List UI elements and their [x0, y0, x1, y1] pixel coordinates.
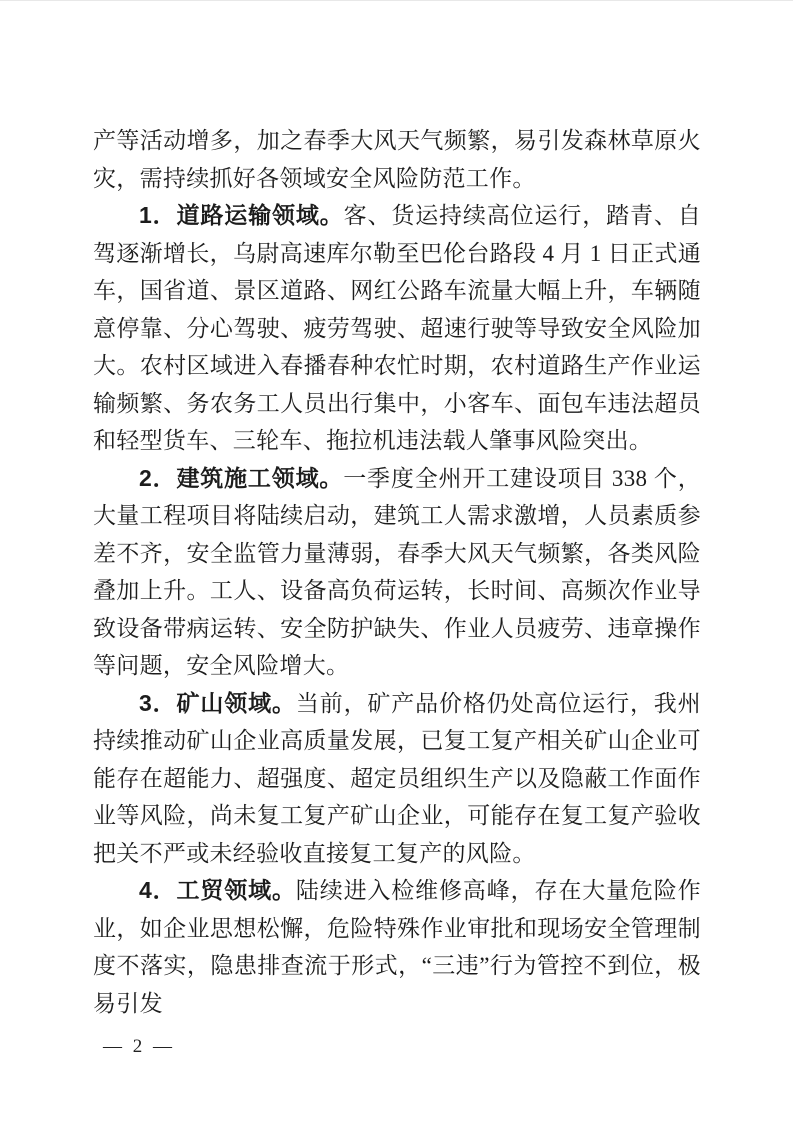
section-heading-road-transport: 1．道路运输领域。 — [139, 202, 344, 228]
paragraph-industry-trade: 4．工贸领域。陆续进入检维修高峰，存在大量危险作业，如企业思想松懈，危险特殊作业… — [93, 872, 701, 1022]
page-number: — 2 — — [103, 1036, 175, 1058]
section-heading-industry-trade: 4．工贸领域。 — [139, 877, 296, 903]
section-text-mining: 当前，矿产品价格仍处高位运行，我州持续推动矿山企业高质量发展，已复工复产相关矿山… — [93, 691, 701, 866]
section-text-construction: 一季度全州开工建设项目 338 个，大量工程项目将陆续启动，建筑工人需求激增，人… — [93, 466, 701, 679]
paragraph-continuation: 产等活动增多，加之春季大风天气频繁，易引发森林草原火灾，需持续抓好各领域安全风险… — [93, 122, 701, 197]
document-page: 产等活动增多，加之春季大风天气频繁，易引发森林草原火灾，需持续抓好各领域安全风险… — [0, 0, 793, 1122]
section-heading-mining: 3．矿山领域。 — [139, 690, 296, 716]
paragraph-road-transport: 1．道路运输领域。客、货运持续高位运行，踏青、自驾逐渐增长，乌尉高速库尔勒至巴伦… — [93, 197, 701, 460]
paragraph-text: 产等活动增多，加之春季大风天气频繁，易引发森林草原火灾，需持续抓好各领域安全风险… — [93, 128, 701, 191]
paragraph-construction: 2．建筑施工领域。一季度全州开工建设项目 338 个，大量工程项目将陆续启动，建… — [93, 460, 701, 685]
paragraph-mining: 3．矿山领域。当前，矿产品价格仍处高位运行，我州持续推动矿山企业高质量发展，已复… — [93, 685, 701, 873]
section-heading-construction: 2．建筑施工领域。 — [139, 465, 343, 491]
document-body: 产等活动增多，加之春季大风天气频繁，易引发森林草原火灾，需持续抓好各领域安全风险… — [93, 122, 701, 1022]
section-text-road-transport: 客、货运持续高位运行，踏青、自驾逐渐增长，乌尉高速库尔勒至巴伦台路段 4 月 1… — [93, 203, 701, 453]
